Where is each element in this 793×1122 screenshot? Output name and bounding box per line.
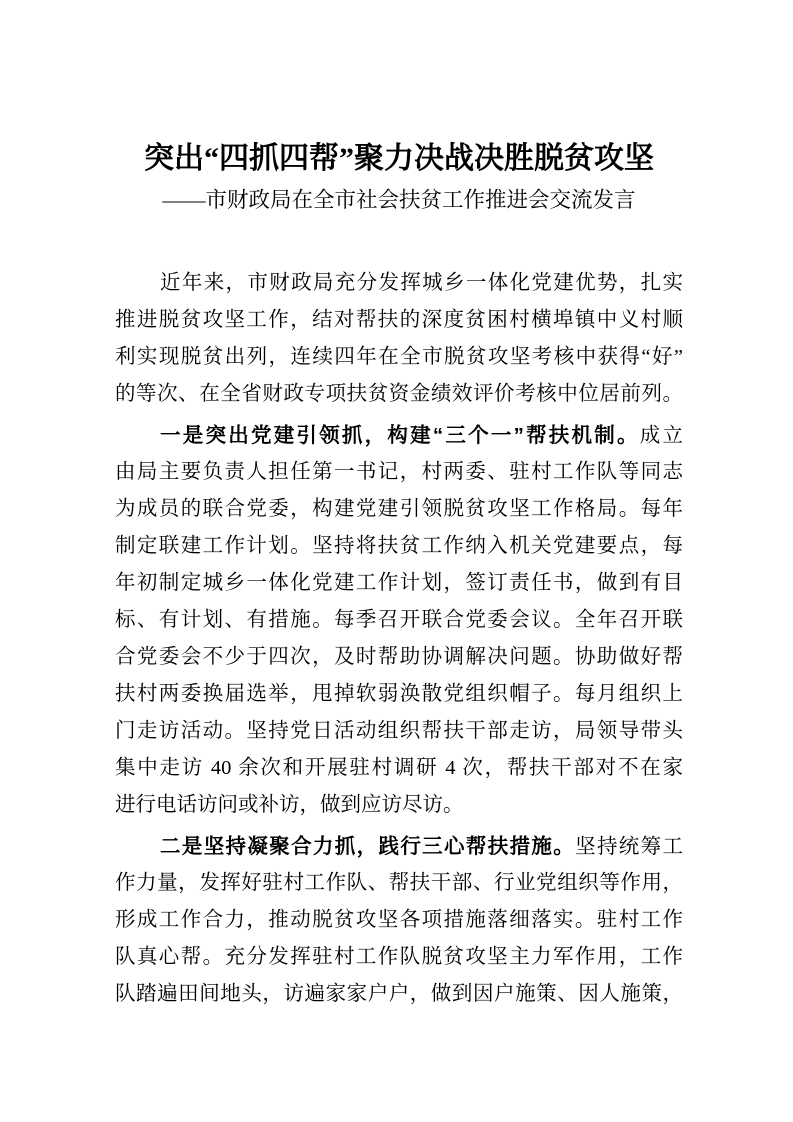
text-run: 利实现脱贫出列，连续四年在全市脱贫攻坚考核中获得“好” xyxy=(115,346,683,368)
text-run: 坚持统筹工 xyxy=(575,836,683,858)
paragraph: 近年来，市财政局充分发挥城乡一体化党建优势，扎实推进脱贫攻坚工作，结对帮扶的深度… xyxy=(115,265,683,413)
text-line: 由局主要负责人担任第一书记，村两委、驻村工作队等同志 xyxy=(115,454,683,491)
document-body: 近年来，市财政局充分发挥城乡一体化党建优势，扎实推进脱贫攻坚工作，结对帮扶的深度… xyxy=(115,265,683,1013)
text-line: 标、有计划、有措施。每季召开联合党委会议。全年召开联 xyxy=(115,602,683,639)
text-line: 一是突出党建引领抓，构建“三个一”帮扶机制。成立 xyxy=(115,417,683,454)
text-line: 集中走访 40 余次和开展驻村调研 4 次，帮扶干部对不在家 xyxy=(115,750,683,787)
text-line: 为成员的联合党委，构建党建引领脱贫攻坚工作格局。每年 xyxy=(115,491,683,528)
text-line: 门走访活动。坚持党日活动组织帮扶干部走访，局领导带头 xyxy=(115,713,683,750)
text-run: 形成工作合力，推动脱贫攻坚各项措施落细落实。驻村工作 xyxy=(115,909,683,931)
text-run: 合党委会不少于四次，及时帮助协调解决问题。协助做好帮 xyxy=(115,646,683,668)
text-line: 二是坚持凝聚合力抓，践行三心帮扶措施。坚持统筹工 xyxy=(115,828,683,865)
text-line: 合党委会不少于四次，及时帮助协调解决问题。协助做好帮 xyxy=(115,639,683,676)
text-line: 的等次、在全省财政专项扶贫资金绩效评价考核中位居前列。 xyxy=(115,376,683,413)
text-run: 由局主要负责人担任第一书记，村两委、驻村工作队等同志 xyxy=(115,461,683,483)
text-run: 标、有计划、有措施。每季召开联合党委会议。全年召开联 xyxy=(115,609,683,631)
text-line: 近年来，市财政局充分发挥城乡一体化党建优势，扎实 xyxy=(115,265,683,302)
paragraph: 一是突出党建引领抓，构建“三个一”帮扶机制。成立由局主要负责人担任第一书记，村两… xyxy=(115,417,683,824)
paragraph: 二是坚持凝聚合力抓，践行三心帮扶措施。坚持统筹工作力量，发挥好驻村工作队、帮扶干… xyxy=(115,828,683,1013)
document-subtitle: ——市财政局在全市社会扶贫工作推进会交流发言 xyxy=(115,185,683,215)
text-run: 队真心帮。充分发挥驻村工作队脱贫攻坚主力军作用，工作 xyxy=(115,946,683,968)
bold-heading-run: 一是突出党建引领抓，构建“三个一”帮扶机制。 xyxy=(160,424,640,447)
text-run: 进行电话访问或补访，做到应访尽访。 xyxy=(115,794,464,816)
text-run: 的等次、在全省财政专项扶贫资金绩效评价考核中位居前列。 xyxy=(115,383,683,405)
text-run: 队踏遍田间地头，访遍家家户户，做到因户施策、因人施策， xyxy=(115,983,683,1005)
text-line: 制定联建工作计划。坚持将扶贫工作纳入机关党建要点，每 xyxy=(115,528,683,565)
text-run: 年初制定城乡一体化党建工作计划，签订责任书，做到有目 xyxy=(115,572,683,594)
text-run: 扶村两委换届选举，甩掉软弱涣散党组织帽子。每月组织上 xyxy=(115,683,683,705)
text-line: 作力量，发挥好驻村工作队、帮扶干部、行业党组织等作用， xyxy=(115,865,683,902)
text-run: 为成员的联合党委，构建党建引领脱贫攻坚工作格局。每年 xyxy=(115,498,683,520)
text-line: 利实现脱贫出列，连续四年在全市脱贫攻坚考核中获得“好” xyxy=(115,339,683,376)
text-run: 作力量，发挥好驻村工作队、帮扶干部、行业党组织等作用， xyxy=(115,872,683,894)
bold-heading-run: 二是坚持凝聚合力抓，践行三心帮扶措施。 xyxy=(160,835,575,858)
text-run: 制定联建工作计划。坚持将扶贫工作纳入机关党建要点，每 xyxy=(115,535,683,557)
text-line: 扶村两委换届选举，甩掉软弱涣散党组织帽子。每月组织上 xyxy=(115,676,683,713)
text-line: 队踏遍田间地头，访遍家家户户，做到因户施策、因人施策， xyxy=(115,976,683,1013)
text-line: 年初制定城乡一体化党建工作计划，签订责任书，做到有目 xyxy=(115,565,683,602)
text-run: 成立 xyxy=(640,425,683,447)
text-run: 推进脱贫攻坚工作，结对帮扶的深度贫困村横埠镇中义村顺 xyxy=(115,309,683,331)
document-page: 突出“四抓四帮”聚力决战决胜脱贫攻坚 ——市财政局在全市社会扶贫工作推进会交流发… xyxy=(0,0,793,1122)
text-line: 形成工作合力，推动脱贫攻坚各项措施落细落实。驻村工作 xyxy=(115,902,683,939)
text-run: 集中走访 40 余次和开展驻村调研 4 次，帮扶干部对不在家 xyxy=(115,757,683,779)
text-line: 队真心帮。充分发挥驻村工作队脱贫攻坚主力军作用，工作 xyxy=(115,939,683,976)
text-run: 近年来，市财政局充分发挥城乡一体化党建优势，扎实 xyxy=(160,272,683,294)
text-line: 推进脱贫攻坚工作，结对帮扶的深度贫困村横埠镇中义村顺 xyxy=(115,302,683,339)
text-line: 进行电话访问或补访，做到应访尽访。 xyxy=(115,787,683,824)
text-run: 门走访活动。坚持党日活动组织帮扶干部走访，局领导带头 xyxy=(115,720,683,742)
document-title: 突出“四抓四帮”聚力决战决胜脱贫攻坚 xyxy=(115,140,683,178)
